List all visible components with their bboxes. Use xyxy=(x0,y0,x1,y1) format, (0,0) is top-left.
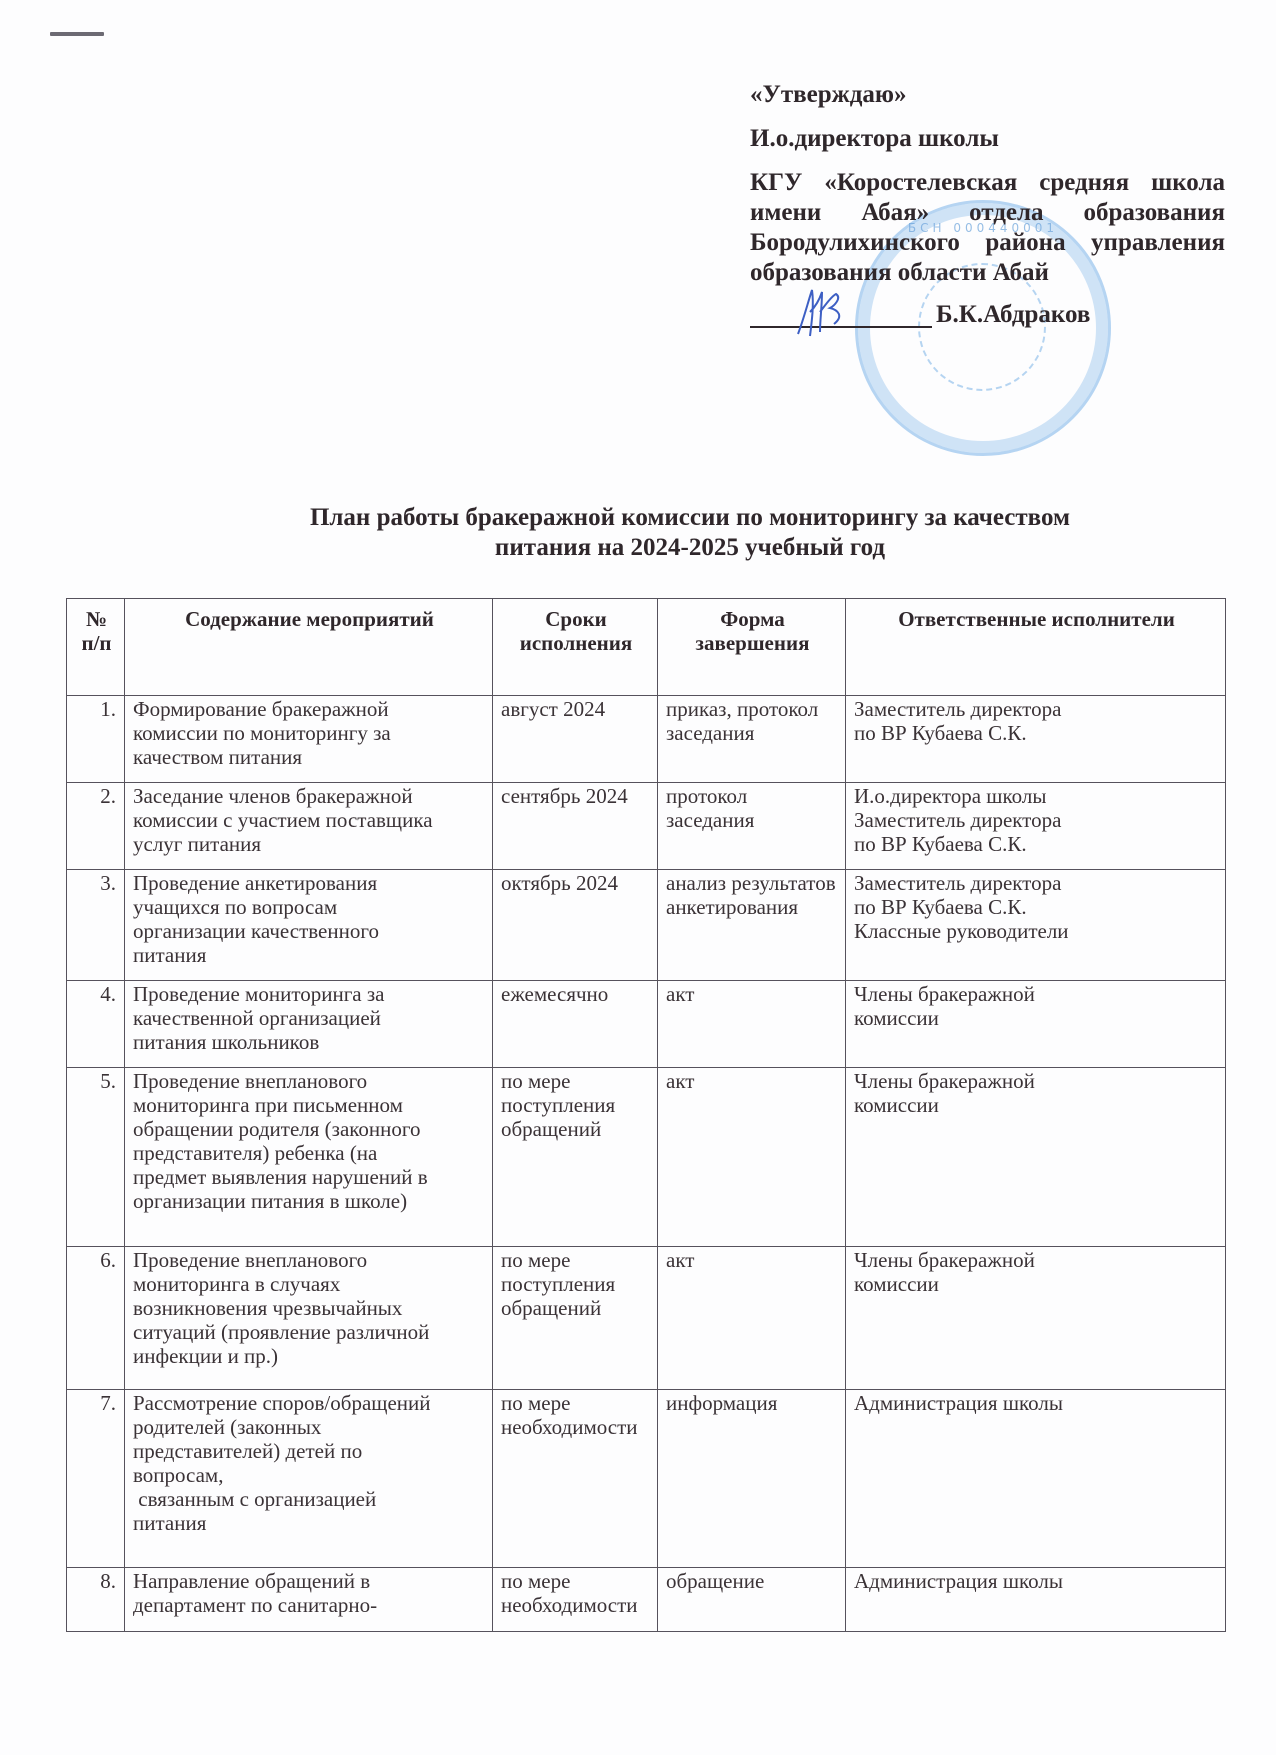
row-responsible: Члены бракеражнойкомиссии xyxy=(846,1247,1226,1390)
row-form: акт xyxy=(658,1247,846,1390)
row-responsible: Заместитель директорапо ВР Кубаева С.К.К… xyxy=(846,870,1226,981)
row-number: 8. xyxy=(67,1568,125,1632)
row-date: октябрь 2024 xyxy=(493,870,658,981)
row-date: ежемесячно xyxy=(493,981,658,1068)
row-number: 2. xyxy=(67,783,125,870)
table-row: 4.Проведение мониторинга закачественной … xyxy=(67,981,1226,1068)
table-row: 2.Заседание членов бракеражнойкомиссии с… xyxy=(67,783,1226,870)
table-row: 5.Проведение внеплановогомониторинга при… xyxy=(67,1068,1226,1247)
row-content: Проведение мониторинга закачественной ор… xyxy=(125,981,493,1068)
row-content: Проведение анкетированияучащихся по вопр… xyxy=(125,870,493,981)
row-form: приказ, протоколзаседания xyxy=(658,696,846,783)
header-content: Содержание мероприятий xyxy=(125,599,493,696)
row-date: сентябрь 2024 xyxy=(493,783,658,870)
row-number: 3. xyxy=(67,870,125,981)
row-date: по мерепоступленияобращений xyxy=(493,1068,658,1247)
row-date: по меренеобходимости xyxy=(493,1568,658,1632)
row-date: по меренеобходимости xyxy=(493,1390,658,1568)
row-date: по мерепоступленияобращений xyxy=(493,1247,658,1390)
row-responsible: Заместитель директорапо ВР Кубаева С.К. xyxy=(846,696,1226,783)
row-responsible: Администрация школы xyxy=(846,1390,1226,1568)
approval-organization: КГУ «Коростелевская средняя школа имени … xyxy=(750,168,1225,288)
approval-block: «Утверждаю» И.о.директора школы КГУ «Кор… xyxy=(750,80,1225,336)
signature-icon xyxy=(790,282,850,342)
row-responsible: И.о.директора школыЗаместитель директора… xyxy=(846,783,1226,870)
row-form: акт xyxy=(658,981,846,1068)
row-content: Проведение внеплановогомониторинга при п… xyxy=(125,1068,493,1247)
row-content: Заседание членов бракеражнойкомиссии с у… xyxy=(125,783,493,870)
row-form: анализ результатованкетирования xyxy=(658,870,846,981)
row-number: 5. xyxy=(67,1068,125,1247)
row-number: 4. xyxy=(67,981,125,1068)
row-responsible: Члены бракеражнойкомиссии xyxy=(846,1068,1226,1247)
row-number: 6. xyxy=(67,1247,125,1390)
table-row: 3.Проведение анкетированияучащихся по во… xyxy=(67,870,1226,981)
title-line-2: питания на 2024-2025 учебный год xyxy=(150,533,1230,563)
table-row: 1.Формирование бракеражнойкомиссии по мо… xyxy=(67,696,1226,783)
page-title: План работы бракеражной комиссии по мони… xyxy=(150,503,1230,563)
signature-row: Б.К.Абдраков xyxy=(750,296,1225,336)
row-date: август 2024 xyxy=(493,696,658,783)
table-header-row: № п/п Содержание мероприятий Сроки испол… xyxy=(67,599,1226,696)
header-date: Сроки исполнения xyxy=(493,599,658,696)
table-row: 7.Рассмотрение споров/обращенийродителей… xyxy=(67,1390,1226,1568)
row-number: 7. xyxy=(67,1390,125,1568)
approval-position: И.о.директора школы xyxy=(750,124,1225,154)
table-row: 6.Проведение внеплановогомониторинга в с… xyxy=(67,1247,1226,1390)
table-row: 8.Направление обращений вдепартамент по … xyxy=(67,1568,1226,1632)
row-content: Направление обращений вдепартамент по са… xyxy=(125,1568,493,1632)
row-responsible: Администрация школы xyxy=(846,1568,1226,1632)
header-num: № п/п xyxy=(67,599,125,696)
scan-artifact-mark xyxy=(50,32,104,36)
approval-heading: «Утверждаю» xyxy=(750,80,1225,110)
header-form: Форма завершения xyxy=(658,599,846,696)
row-content: Проведение внеплановогомониторинга в слу… xyxy=(125,1247,493,1390)
title-line-1: План работы бракеражной комиссии по мони… xyxy=(150,503,1230,533)
row-responsible: Члены бракеражнойкомиссии xyxy=(846,981,1226,1068)
row-form: протоколзаседания xyxy=(658,783,846,870)
row-form: информация xyxy=(658,1390,846,1568)
row-content: Рассмотрение споров/обращенийродителей (… xyxy=(125,1390,493,1568)
signatory-name: Б.К.Абдраков xyxy=(936,300,1090,330)
row-number: 1. xyxy=(67,696,125,783)
row-form: акт xyxy=(658,1068,846,1247)
row-content: Формирование бракеражнойкомиссии по мони… xyxy=(125,696,493,783)
row-form: обращение xyxy=(658,1568,846,1632)
header-responsible: Ответственные исполнители xyxy=(846,599,1226,696)
plan-table: № п/п Содержание мероприятий Сроки испол… xyxy=(66,598,1226,1632)
